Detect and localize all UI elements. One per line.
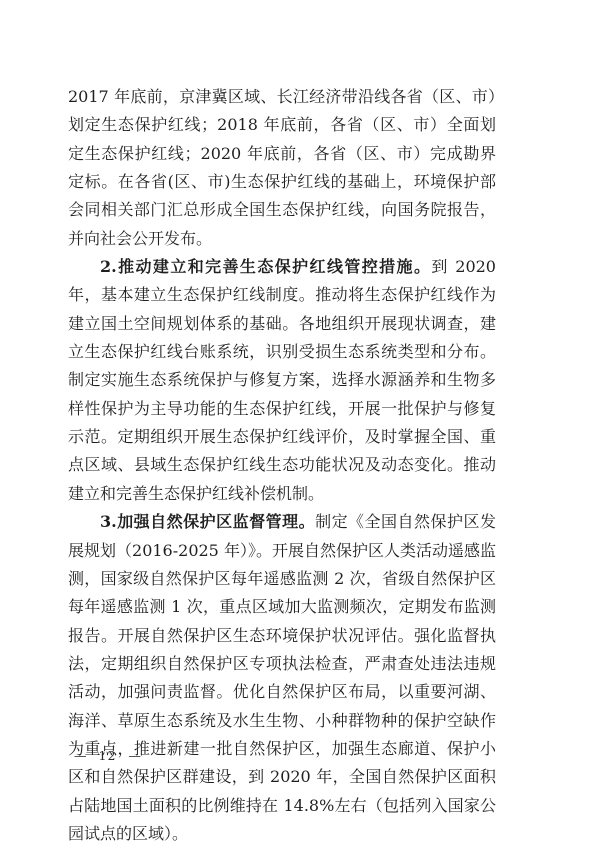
paragraph-heading: 2.推动建立和完善生态保护红线管控措施。 — [100, 257, 431, 276]
paragraph-heading: 3.加强自然保护区监督管理。 — [100, 512, 315, 531]
document-page: 2017 年底前，京津冀区域、长江经济带沿线各省（区、市）划定生态保护红线；20… — [0, 0, 596, 842]
paragraph-text: 2017 年底前，京津冀区域、长江经济带沿线各省（区、市）划定生态保护红线；20… — [68, 87, 496, 248]
paragraph: 2.推动建立和完善生态保护红线管控措施。到 2020 年，基本建立生态保护红线制… — [68, 253, 496, 508]
page-footer: — 12 — — [74, 747, 141, 765]
footer-dash-right: — — [128, 747, 141, 765]
paragraph-text: 制定《全国自然保护区发展规划（2016-2025 年）》。开展自然保护区人类活动… — [68, 512, 496, 842]
paragraph-text: 到 2020 年，基本建立生态保护红线制度。推动将生态保护红线作为建立国土空间规… — [68, 257, 496, 503]
paragraph: 2017 年底前，京津冀区域、长江经济带沿线各省（区、市）划定生态保护红线；20… — [68, 83, 496, 253]
paragraph: 3.加强自然保护区监督管理。制定《全国自然保护区发展规划（2016-2025 年… — [68, 508, 496, 842]
page-number: 12 — [99, 747, 117, 765]
document-body: 2017 年底前，京津冀区域、长江经济带沿线各省（区、市）划定生态保护红线；20… — [68, 83, 496, 842]
footer-dash-left: — — [74, 747, 87, 765]
